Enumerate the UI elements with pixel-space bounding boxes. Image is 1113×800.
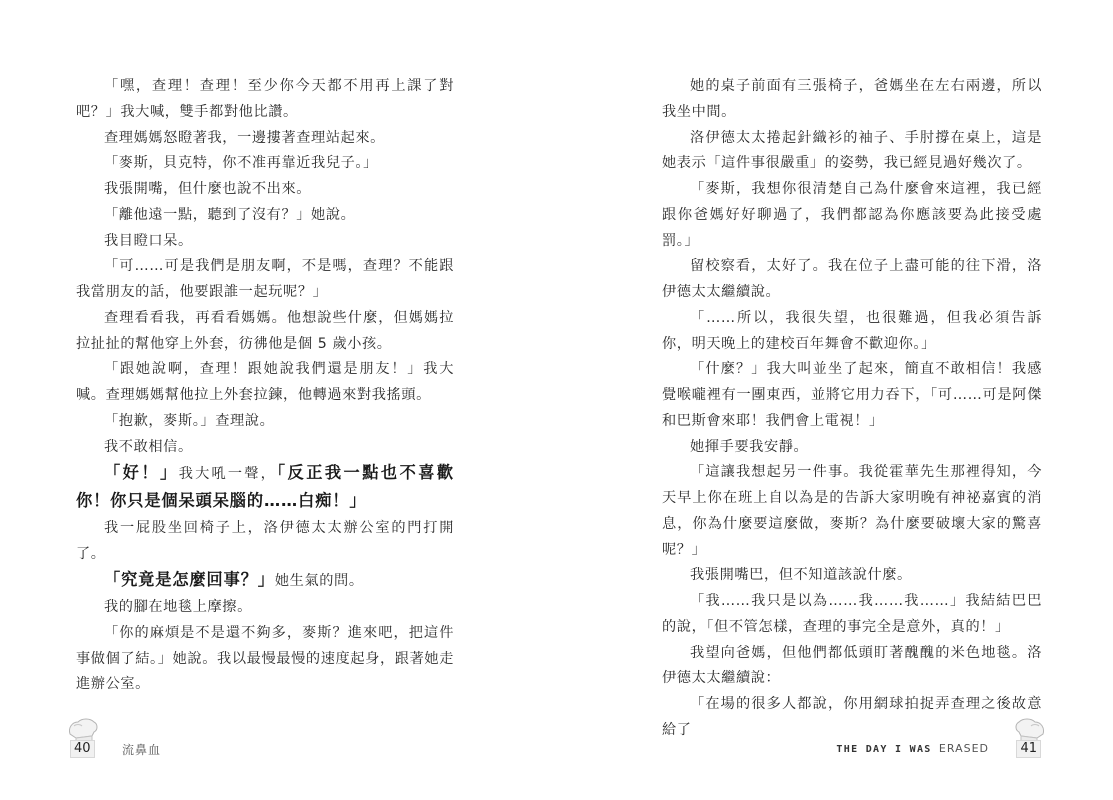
paragraph: 「麥斯，貝克特，你不准再靠近我兒子。」 xyxy=(76,151,454,177)
text-segment: 我的腳在地毯上摩擦。 xyxy=(104,599,252,615)
text-segment: 「麥斯，我想你很清楚自己為什麼會來這裡，我已經跟你爸媽好好聊過了，我們都認為你應… xyxy=(662,181,1042,249)
paragraph: 我目瞪口呆。 xyxy=(76,229,454,255)
paragraph: 「好！」我大吼一聲，「反正我一點也不喜歡你！你只是個呆頭呆腦的……白痴！」 xyxy=(76,460,454,516)
right-page-footer: THE DAY I WAS ERASED 41 xyxy=(831,712,1051,762)
paragraph: 「可……可是我們是朋友啊，不是嗎，查理？不能跟我當朋友的話，他要跟誰一起玩呢？」 xyxy=(76,254,454,306)
paragraph: 我望向爸媽，但他們都低頭盯著醜醜的米色地毯。洛伊德太太繼續說： xyxy=(662,641,1042,693)
paragraph: 「究竟是怎麼回事？」她生氣的問。 xyxy=(76,567,454,595)
text-segment: 查理媽媽怒瞪著我，一邊摟著查理站起來。 xyxy=(104,130,385,146)
text-segment: 「嘿，查理！查理！至少你今天都不用再上課了對吧？」我大喊，雙手都對他比讚。 xyxy=(76,78,454,120)
emphasized-text: 「究竟是怎麼回事？」 xyxy=(104,570,275,589)
text-segment: 「你的麻煩是不是還不夠多，麥斯？進來吧，把這件事做個了結。」她說。我以最慢最慢的… xyxy=(76,625,454,693)
left-page-footer: 40 流鼻血 xyxy=(62,712,262,762)
page-number: 41 xyxy=(1016,740,1041,758)
paragraph: 「跟她說啊，查理！跟她說我們還是朋友！」我大喊。查理媽媽幫他拉上外套拉鍊，他轉過… xyxy=(76,357,454,409)
running-head: THE DAY I WAS ERASED xyxy=(836,742,989,755)
paragraph: 「抱歉，麥斯。」查理說。 xyxy=(76,409,454,435)
paragraph: 我的腳在地毯上摩擦。 xyxy=(76,595,454,621)
text-segment: 「麥斯，貝克特，你不准再靠近我兒子。」 xyxy=(104,155,378,171)
paragraph: 查理看看我，再看看媽媽。他想說些什麼，但媽媽拉拉扯扯的幫他穿上外套，彷彿他是個 … xyxy=(76,306,454,358)
paragraph: 「我……我只是以為……我……我……」我結結巴巴的說，「但不管怎樣，查理的事完全是… xyxy=(662,589,1042,641)
paragraph: 「……所以，我很失望，也很難過，但我必須告訴你，明天晚上的建校百年舞會不歡迎你。… xyxy=(662,306,1042,358)
right-page-body: 她的桌子前面有三張椅子，爸媽坐在左右兩邊，所以我坐中間。洛伊德太太捲起針織衫的袖… xyxy=(662,74,1042,744)
paragraph: 留校察看，太好了。我在位子上盡可能的往下滑，洛伊德太太繼續說。 xyxy=(662,254,1042,306)
paragraph: 「你的麻煩是不是還不夠多，麥斯？進來吧，把這件事做個了結。」她說。我以最慢最慢的… xyxy=(76,621,454,698)
text-segment: 我目瞪口呆。 xyxy=(104,233,193,249)
paragraph: 我張開嘴巴，但不知道該說什麼。 xyxy=(662,563,1042,589)
text-segment: 「……所以，我很失望，也很難過，但我必須告訴你，明天晚上的建校百年舞會不歡迎你。… xyxy=(662,310,1042,352)
paragraph: 她揮手要我安靜。 xyxy=(662,435,1042,461)
text-segment: 「這讓我想起另一件事。我從霍華先生那裡得知，今天早上你在班上自以為是的告訴大家明… xyxy=(662,464,1042,557)
text-segment: 她生氣的問。 xyxy=(275,573,364,589)
paragraph: 「嘿，查理！查理！至少你今天都不用再上課了對吧？」我大喊，雙手都對他比讚。 xyxy=(76,74,454,126)
left-page: 「嘿，查理！查理！至少你今天都不用再上課了對吧？」我大喊，雙手都對他比讚。查理媽… xyxy=(0,0,556,800)
paragraph: 我一屁股坐回椅子上，洛伊德太太辦公室的門打開了。 xyxy=(76,516,454,568)
text-segment: 留校察看，太好了。我在位子上盡可能的往下滑，洛伊德太太繼續說。 xyxy=(662,258,1042,300)
text-segment: 她揮手要我安靜。 xyxy=(690,439,808,455)
page-number: 40 xyxy=(70,740,95,758)
left-page-body: 「嘿，查理！查理！至少你今天都不用再上課了對吧？」我大喊，雙手都對他比讚。查理媽… xyxy=(76,74,454,698)
text-segment: 「抱歉，麥斯。」查理說。 xyxy=(104,413,274,429)
text-segment: 洛伊德太太捲起針織衫的袖子、手肘撐在桌上，這是她表示「這件事很嚴重」的姿勢，我已… xyxy=(662,130,1042,172)
right-page: 她的桌子前面有三張椅子，爸媽坐在左右兩邊，所以我坐中間。洛伊德太太捲起針織衫的袖… xyxy=(556,0,1113,800)
emphasized-text: 「好！」 xyxy=(104,463,179,482)
paragraph: 洛伊德太太捲起針織衫的袖子、手肘撐在桌上，這是她表示「這件事很嚴重」的姿勢，我已… xyxy=(662,126,1042,178)
text-segment: 我望向爸媽，但他們都低頭盯著醜醜的米色地毯。洛伊德太太繼續說： xyxy=(662,645,1042,687)
text-segment: 「什麼？」我大叫並坐了起來，簡直不敢相信！我感覺喉嚨裡有一團東西，並將它用力吞下… xyxy=(662,361,1042,429)
text-segment: 「跟她說啊，查理！跟她說我們還是朋友！」我大喊。查理媽媽幫他拉上外套拉鍊，他轉過… xyxy=(76,361,454,403)
text-segment: 我一屁股坐回椅子上，洛伊德太太辦公室的門打開了。 xyxy=(76,520,454,562)
paragraph: 查理媽媽怒瞪著我，一邊摟著查理站起來。 xyxy=(76,126,454,152)
text-segment: 「離他遠一點，聽到了沒有？」她說。 xyxy=(104,207,355,223)
paragraph: 「什麼？」我大叫並坐了起來，簡直不敢相信！我感覺喉嚨裡有一團東西，並將它用力吞下… xyxy=(662,357,1042,434)
text-segment: 「可……可是我們是朋友啊，不是嗎，查理？不能跟我當朋友的話，他要跟誰一起玩呢？」 xyxy=(76,258,454,300)
text-segment: 查理看看我，再看看媽媽。他想說些什麼，但媽媽拉拉扯扯的幫他穿上外套，彷彿他是個 … xyxy=(76,310,454,352)
running-head-title: THE DAY I WAS xyxy=(836,744,939,755)
paragraph: 我張開嘴，但什麼也說不出來。 xyxy=(76,177,454,203)
paragraph: 我不敢相信。 xyxy=(76,435,454,461)
paragraph: 「這讓我想起另一件事。我從霍華先生那裡得知，今天早上你在班上自以為是的告訴大家明… xyxy=(662,460,1042,563)
text-segment: 我大吼一聲， xyxy=(179,466,277,482)
paragraph: 「麥斯，我想你很清楚自己為什麼會來這裡，我已經跟你爸媽好好聊過了，我們都認為你應… xyxy=(662,177,1042,254)
running-head-accent: ERASED xyxy=(939,742,989,755)
paragraph: 「離他遠一點，聽到了沒有？」她說。 xyxy=(76,203,454,229)
paragraph: 她的桌子前面有三張椅子，爸媽坐在左右兩邊，所以我坐中間。 xyxy=(662,74,1042,126)
text-segment: 「我……我只是以為……我……我……」我結結巴巴的說，「但不管怎樣，查理的事完全是… xyxy=(662,593,1042,635)
text-segment: 我張開嘴，但什麼也說不出來。 xyxy=(104,181,311,197)
text-segment: 她的桌子前面有三張椅子，爸媽坐在左右兩邊，所以我坐中間。 xyxy=(662,78,1042,120)
text-segment: 我張開嘴巴，但不知道該說什麼。 xyxy=(690,567,912,583)
running-head: 流鼻血 xyxy=(122,741,161,758)
text-segment: 我不敢相信。 xyxy=(104,439,193,455)
